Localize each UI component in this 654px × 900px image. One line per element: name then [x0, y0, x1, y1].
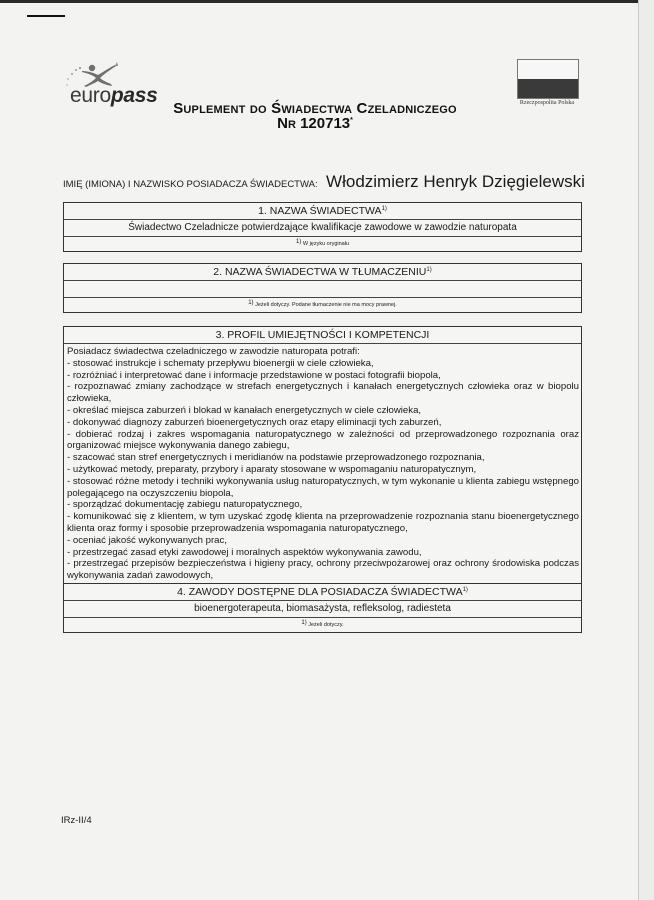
section-2-title: 2. NAZWA ŚWIADECTWA W TŁUMACZENIU1) [64, 264, 581, 281]
skill-item: - dokonywać diagnozy zaburzeń bioenerget… [67, 417, 579, 429]
polish-flag-icon [517, 59, 579, 99]
skill-item: - stosować instrukcje i schematy przepły… [67, 358, 579, 370]
skill-item: - przestrzegać zasad etyki zawodowej i m… [67, 547, 579, 559]
section-4-value: bioenergoterapeuta, biomasażysta, reflek… [64, 601, 581, 618]
holder-label: IMIĘ (IMIONA) I NAZWISKO POSIADACZA ŚWIA… [63, 179, 318, 190]
scan-top-edge [0, 0, 654, 3]
form-code: IRz-II/4 [61, 815, 92, 826]
skill-item: - szacować stan stref energetycznych i m… [67, 452, 579, 464]
skill-item: - komunikować się z klientem, w tym uzys… [67, 511, 579, 535]
section-1-certificate-name: 1. NAZWA ŚWIADECTWA1) Świadectwo Czeladn… [63, 202, 582, 252]
certificate-number: Nr 120713 [277, 115, 350, 132]
section-2-note: 1) Jeżeli dotyczy. Podane tłumaczenie ni… [64, 298, 581, 312]
skill-item: - użytkować metody, preparaty, przybory … [67, 464, 579, 476]
section-1-title-text: 1. NAZWA ŚWIADECTWA [258, 205, 381, 217]
skill-item: - określać miejsca zaburzeń i blokad w k… [67, 405, 579, 417]
flag-red-stripe [518, 79, 578, 98]
footnote-mark: 1) [426, 267, 431, 273]
europass-wordmark: europass [70, 84, 158, 108]
skill-item: - rozpoznawać zmiany zachodzące w strefa… [67, 381, 579, 405]
section-1-title: 1. NAZWA ŚWIADECTWA1) [64, 203, 581, 220]
holder-name-line: IMIĘ (IMIONA) I NAZWISKO POSIADACZA ŚWIA… [63, 172, 585, 192]
skill-item: - dobierać rodzaj i zakres wspomagania n… [67, 429, 579, 453]
section-1-note: 1) W języku oryginału [64, 237, 581, 251]
footnote-mark: 1) [248, 300, 253, 306]
section-2-translated-name: 2. NAZWA ŚWIADECTWA W TŁUMACZENIU1) 1) J… [63, 263, 582, 313]
document-title: Suplement do Świadectwa Czeladniczego Nr… [150, 100, 480, 132]
skills-intro: Posiadacz świadectwa czeladniczego w zaw… [67, 346, 579, 358]
footnote-mark: 1) [382, 206, 387, 212]
skill-item: - rozróżniać i interpretować dane i info… [67, 370, 579, 382]
skill-item: - stosować różne metody i techniki wykon… [67, 476, 579, 500]
section-4-title-text: 4. ZAWODY DOSTĘPNE DLA POSIADACZA ŚWIADE… [177, 586, 463, 598]
skill-item: - sporządzać dokumentację zabiegu naturo… [67, 499, 579, 511]
title-footnote-mark: * [350, 117, 353, 124]
section-1-note-text: W języku oryginału [303, 241, 349, 247]
footnote-mark: 1) [301, 620, 306, 626]
logo-text-plain: euro [70, 84, 111, 107]
section-2-value [64, 281, 581, 298]
section-2-title-text: 2. NAZWA ŚWIADECTWA W TŁUMACZENIU [213, 266, 426, 278]
holder-name: Włodzimierz Henryk Dzięgielewski [326, 172, 585, 191]
section-3-title: 3. PROFIL UMIEJĘTNOŚCI I KOMPETENCJI [64, 327, 581, 344]
europass-logo: europass [58, 60, 158, 115]
footnote-mark: 1) [463, 587, 468, 593]
section-4-occupations: 4. ZAWODY DOSTĘPNE DLA POSIADACZA ŚWIADE… [63, 583, 582, 633]
footnote-mark: 1) [296, 239, 301, 245]
section-3-body: Posiadacz świadectwa czeladniczego w zaw… [64, 344, 581, 598]
page-edge [638, 0, 654, 900]
skill-item: - oceniać jakość wykonywanych prac, [67, 535, 579, 547]
section-1-value: Świadectwo Czeladnicze potwierdzające kw… [64, 220, 581, 237]
skill-item: - przestrzegać przepisów bezpieczeństwa … [67, 558, 579, 582]
section-4-title: 4. ZAWODY DOSTĘPNE DLA POSIADACZA ŚWIADE… [64, 584, 581, 601]
flag-caption: Rzeczpospolita Polska [505, 100, 589, 106]
section-3-skills-profile: 3. PROFIL UMIEJĘTNOŚCI I KOMPETENCJI Pos… [63, 326, 582, 599]
section-4-note: 1) Jeżeli dotyczy. [64, 618, 581, 632]
section-4-note-text: Jeżeli dotyczy. [308, 622, 343, 628]
flag-white-stripe [518, 60, 578, 79]
title-line-2: Nr 120713* [150, 115, 480, 132]
section-2-note-text: Jeżeli dotyczy. Podane tłumaczenie nie m… [255, 302, 397, 308]
scan-mark [27, 15, 65, 17]
